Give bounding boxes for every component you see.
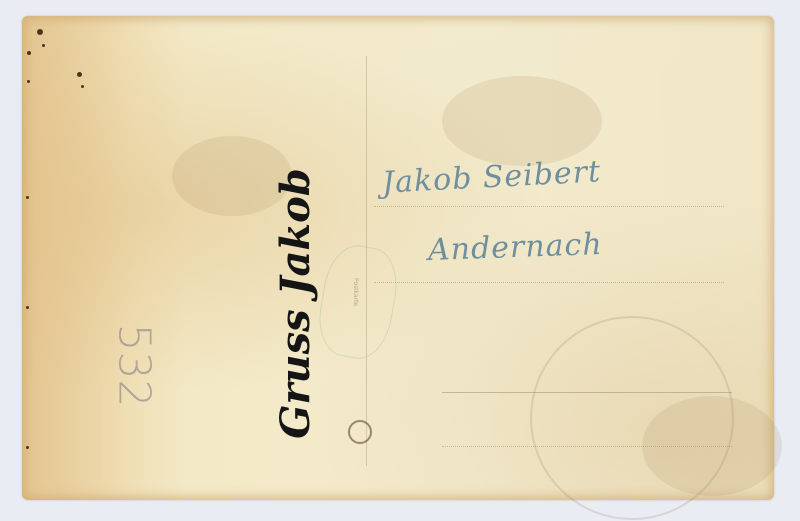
signature: Gruss Jakob [272, 168, 319, 439]
postmark-circle [530, 316, 734, 520]
aged-edge-band [22, 16, 130, 500]
hole-spot [27, 80, 30, 83]
hole-spot [26, 196, 29, 199]
hole-spot [26, 446, 29, 449]
hole-spot [27, 51, 31, 55]
address-line [374, 206, 724, 207]
hole-spot [37, 29, 43, 35]
postcard: Postkarte [22, 16, 774, 500]
address-line [374, 282, 724, 283]
hole-spot [26, 306, 29, 309]
faded-stamp-mark [313, 241, 403, 364]
recipient-city: Andernach [427, 227, 603, 268]
hole-spot [81, 85, 84, 88]
stain [442, 76, 602, 166]
hole-spot [42, 44, 45, 47]
hole-spot [77, 72, 82, 77]
pencil-note: 532 [108, 324, 159, 408]
ring-mark [348, 420, 372, 444]
